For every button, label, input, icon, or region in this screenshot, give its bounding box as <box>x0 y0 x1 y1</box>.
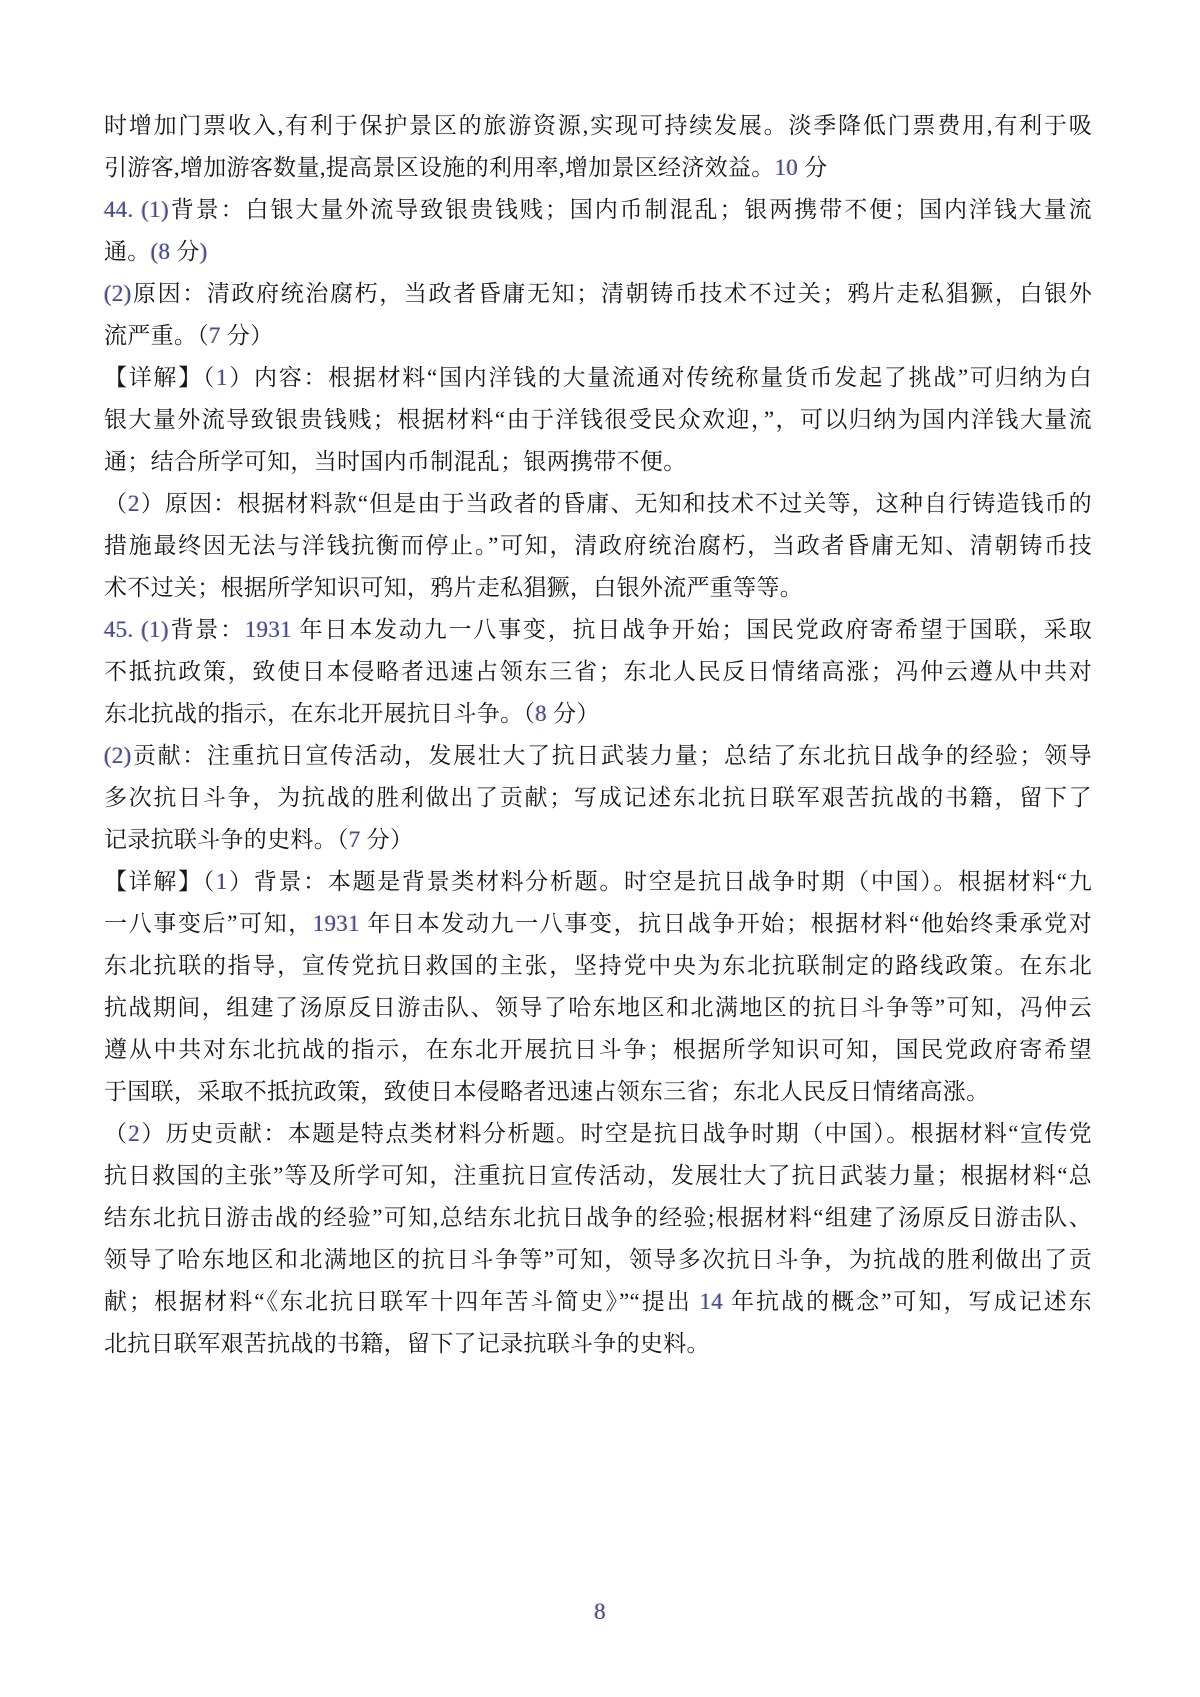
latin-text-run: 44. (1) <box>104 197 169 222</box>
latin-text-run: 1 <box>216 869 228 894</box>
latin-text-run: 10 <box>775 155 805 180</box>
cjk-text-run: 原因：清政府统治腐朽，当政者昏庸无知；清朝铸币技术不过关；鸦片走私猖獗，白银外 <box>132 281 1092 306</box>
text-line: 【详解】（1）内容：根据材料“国内洋钱的大量流通对传统称量货币发起了挑战”可归纳… <box>104 357 1092 399</box>
cjk-text-run: 遵从中共对东北抗战的指示，在东北开展抗日斗争；根据所学知识可知，国民党政府寄希望 <box>104 1037 1092 1062</box>
answer-text-block: 时增加门票收入,有利于保护景区的旅游资源,实现可持续发展。淡季降低门票费用,有利… <box>104 105 1092 1365</box>
text-line: 遵从中共对东北抗战的指示，在东北开展抗日斗争；根据所学知识可知，国民党政府寄希望 <box>104 1029 1092 1071</box>
cjk-text-run: ）内容：根据材料“国内洋钱的大量流通对传统称量货币发起了挑战”可归纳为白 <box>228 365 1092 390</box>
text-line: 44. (1)背景：白银大量外流导致银贵钱贱；国内币制混乱；银两携带不便；国内洋… <box>104 189 1092 231</box>
latin-text-run: 1 <box>216 365 228 390</box>
latin-text-run: 2 <box>128 491 140 516</box>
latin-text-run: ) <box>200 239 208 264</box>
text-line: 一八事变后”可知，1931 年日本发动九一八事变，抗日战争开始；根据材料“他始终… <box>104 903 1092 945</box>
text-line: 领导了哈东地区和北满地区的抗日斗争等”可知，领导多次抗日斗争，为抗战的胜利做出了… <box>104 1239 1092 1281</box>
cjk-text-run: 抗日救国的主张”等及所学可知，注重抗日宣传活动，发展壮大了抗日武装力量；根据材料… <box>104 1163 1092 1188</box>
cjk-text-run: 分 <box>804 155 827 180</box>
latin-text-run: 1931 <box>245 617 300 642</box>
text-line: （2）历史贡献：本题是特点类材料分析题。时空是抗日战争时期（中国）。根据材料“宣… <box>104 1113 1092 1155</box>
cjk-text-run: 通；结合所学可知，当时国内币制混乱；银两携带不便。 <box>104 449 687 474</box>
text-line: 抗战期间，组建了汤原反日游击队、领导了哈东地区和北满地区的抗日斗争等”可知，冯仲… <box>104 987 1092 1029</box>
cjk-text-run: 于国联，采取不抵抗政策，致使日本侵略者迅速占领东三省；东北人民反日情绪高涨。 <box>104 1079 989 1104</box>
cjk-text-run: 术不过关；根据所学知识可知，鸦片走私猖獗，白银外流严重等等。 <box>104 575 803 600</box>
text-line: 结东北抗日游击战的经验”可知,总结东北抗日战争的经验;根据材料“组建了汤原反日游… <box>104 1197 1092 1239</box>
text-line: 银大量外流导致银贵钱贱；根据材料“由于洋钱很受民众欢迎，”，可以归纳为国内洋钱大… <box>104 399 1092 441</box>
cjk-text-run: 抗战期间，组建了汤原反日游击队、领导了哈东地区和北满地区的抗日斗争等”可知，冯仲… <box>104 995 1092 1020</box>
text-line: 引游客,增加游客数量,提高景区设施的利用率,增加景区经济效益。10 分 <box>104 147 1092 189</box>
text-line: （2）原因：根据材料款“但是由于当政者的昏庸、无知和技术不过关等，这种自行铸造钱… <box>104 483 1092 525</box>
cjk-text-run: 多次抗日斗争，为抗战的胜利做出了贡献；写成记述东北抗日联军艰苦抗战的书籍，留下了 <box>104 785 1092 810</box>
cjk-text-run: 年日本发动九一八事变，抗日战争开始；根据材料“他始终秉承党对 <box>367 911 1092 936</box>
latin-text-run: 14 <box>700 1289 731 1314</box>
text-line: 东北抗联的指导，宣传党抗日救国的主张，坚持党中央为东北抗联制定的路线政策。在东北 <box>104 945 1092 987</box>
cjk-text-run: 背景：白银大量外流导致银贵钱贱；国内币制混乱；银两携带不便；国内洋钱大量流 <box>169 197 1092 222</box>
cjk-text-run: ）历史贡献：本题是特点类材料分析题。时空是抗日战争时期（中国）。根据材料“宣传党 <box>140 1121 1092 1146</box>
cjk-text-run: 引游客,增加游客数量,提高景区设施的利用率,增加景区经济效益。 <box>104 155 775 180</box>
cjk-text-run: 分） <box>227 323 274 348</box>
text-line: 措施最终因无法与洋钱抗衡而停止。”可知，清政府统治腐朽，当政者昏庸无知、清朝铸币… <box>104 525 1092 567</box>
latin-text-run: (2) <box>104 281 132 306</box>
latin-text-run: 7 <box>349 827 367 852</box>
cjk-text-run: 献；根据材料“《东北抗日联军十四年苦斗简史》”“提出 <box>104 1289 700 1314</box>
cjk-text-run: （ <box>104 1121 128 1146</box>
latin-text-run: (8 <box>151 239 177 264</box>
cjk-text-run: 银大量外流导致银贵钱贱；根据材料“由于洋钱很受民众欢迎，”，可以归纳为国内洋钱大… <box>104 407 1092 432</box>
cjk-text-run: 措施最终因无法与洋钱抗衡而停止。”可知，清政府统治腐朽，当政者昏庸无知、清朝铸币… <box>104 533 1092 558</box>
page-number: 8 <box>0 1596 1200 1628</box>
text-line: 术不过关；根据所学知识可知，鸦片走私猖獗，白银外流严重等等。 <box>104 567 1092 609</box>
latin-text-run: 1931 <box>313 911 368 936</box>
cjk-text-run: 年抗战的概念”可知，写成记述东 <box>731 1289 1092 1314</box>
text-line: 时增加门票收入,有利于保护景区的旅游资源,实现可持续发展。淡季降低门票费用,有利… <box>104 105 1092 147</box>
cjk-text-run: 年日本发动九一八事变，抗日战争开始；国民党政府寄希望于国联，采取 <box>300 617 1092 642</box>
cjk-text-run: 流严重。（ <box>104 323 209 348</box>
text-line: 多次抗日斗争，为抗战的胜利做出了贡献；写成记述东北抗日联军艰苦抗战的书籍，留下了 <box>104 777 1092 819</box>
cjk-text-run: 时增加门票收入,有利于保护景区的旅游资源,实现可持续发展。淡季降低门票费用,有利… <box>104 113 1092 138</box>
cjk-text-run: 贡献：注重抗日宣传活动，发展壮大了抗日武装力量；总结了东北抗日战争的经验；领导 <box>132 743 1092 768</box>
text-line: 抗日救国的主张”等及所学可知，注重抗日宣传活动，发展壮大了抗日武装力量；根据材料… <box>104 1155 1092 1197</box>
cjk-text-run: 【详解】（ <box>104 365 216 390</box>
cjk-text-run: 通。 <box>104 239 151 264</box>
cjk-text-run: 东北抗联的指导，宣传党抗日救国的主张，坚持党中央为东北抗联制定的路线政策。在东北 <box>104 953 1092 978</box>
text-line: 通。(8 分) <box>104 231 1092 273</box>
text-line: (2)贡献：注重抗日宣传活动，发展壮大了抗日武装力量；总结了东北抗日战争的经验；… <box>104 735 1092 777</box>
cjk-text-run: 分 <box>176 239 199 264</box>
latin-text-run: 45. (1) <box>104 617 169 642</box>
text-line: 流严重。（7 分） <box>104 315 1092 357</box>
text-line: 于国联，采取不抵抗政策，致使日本侵略者迅速占领东三省；东北人民反日情绪高涨。 <box>104 1071 1092 1113</box>
cjk-text-run: ）原因：根据材料款“但是由于当政者的昏庸、无知和技术不过关等，这种自行铸造钱币的 <box>140 491 1092 516</box>
cjk-text-run: 东北抗战的指示，在东北开展抗日斗争。（ <box>104 701 535 726</box>
latin-text-run: 8 <box>535 701 553 726</box>
text-line: (2)原因：清政府统治腐朽，当政者昏庸无知；清朝铸币技术不过关；鸦片走私猖獗，白… <box>104 273 1092 315</box>
text-line: 北抗日联军艰苦抗战的书籍，留下了记录抗联斗争的史料。 <box>104 1323 1092 1365</box>
cjk-text-run: 背景： <box>169 617 245 642</box>
cjk-text-run: 【详解】（ <box>104 869 216 894</box>
cjk-text-run: 结东北抗日游击战的经验”可知,总结东北抗日战争的经验;根据材料“组建了汤原反日游… <box>104 1205 1092 1230</box>
text-line: 东北抗战的指示，在东北开展抗日斗争。（8 分） <box>104 693 1092 735</box>
cjk-text-run: 记录抗联斗争的史料。（ <box>104 827 349 852</box>
latin-text-run: (2) <box>104 743 132 768</box>
cjk-text-run: 北抗日联军艰苦抗战的书籍，留下了记录抗联斗争的史料。 <box>104 1331 710 1356</box>
text-line: 献；根据材料“《东北抗日联军十四年苦斗简史》”“提出 14 年抗战的概念”可知，… <box>104 1281 1092 1323</box>
text-line: 【详解】（1）背景：本题是背景类材料分析题。时空是抗日战争时期（中国）。根据材料… <box>104 861 1092 903</box>
cjk-text-run: 不抵抗政策，致使日本侵略者迅速占领东三省；东北人民反日情绪高涨；冯仲云遵从中共对 <box>104 659 1092 684</box>
text-line: 记录抗联斗争的史料。（7 分） <box>104 819 1092 861</box>
cjk-text-run: ）背景：本题是背景类材料分析题。时空是抗日战争时期（中国）。根据材料“九 <box>228 869 1092 894</box>
latin-text-run: 2 <box>128 1121 140 1146</box>
cjk-text-run: 领导了哈东地区和北满地区的抗日斗争等”可知，领导多次抗日斗争，为抗战的胜利做出了… <box>104 1247 1092 1272</box>
document-page: 时增加门票收入,有利于保护景区的旅游资源,实现可持续发展。淡季降低门票费用,有利… <box>0 0 1200 1697</box>
cjk-text-run: 一八事变后”可知， <box>104 911 313 936</box>
cjk-text-run: 分） <box>367 827 414 852</box>
text-line: 45. (1)背景：1931 年日本发动九一八事变，抗日战争开始；国民党政府寄希… <box>104 609 1092 651</box>
text-line: 不抵抗政策，致使日本侵略者迅速占领东三省；东北人民反日情绪高涨；冯仲云遵从中共对 <box>104 651 1092 693</box>
cjk-text-run: （ <box>104 491 128 516</box>
latin-text-run: 7 <box>209 323 227 348</box>
cjk-text-run: 分） <box>553 701 600 726</box>
text-line: 通；结合所学可知，当时国内币制混乱；银两携带不便。 <box>104 441 1092 483</box>
